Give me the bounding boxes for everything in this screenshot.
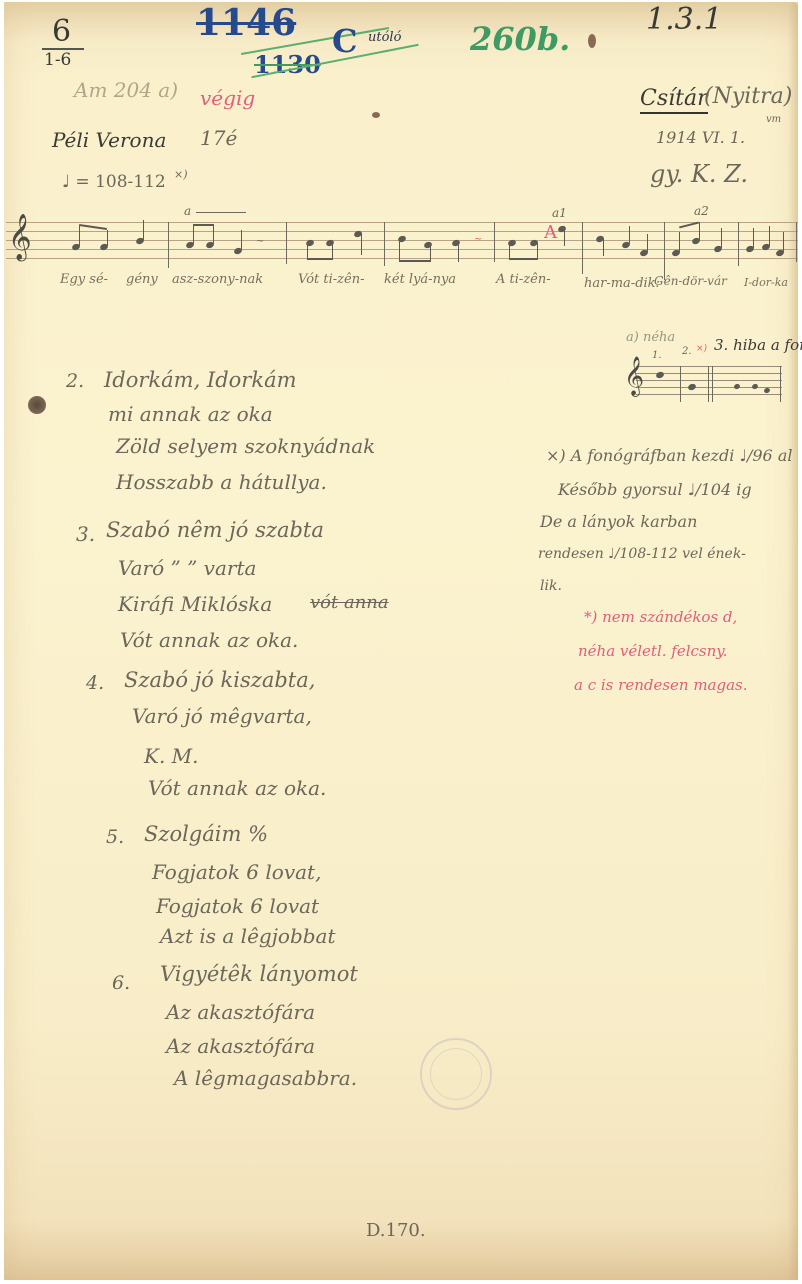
singer-age: 17é bbox=[200, 126, 237, 150]
page-edge-shadow bbox=[788, 2, 798, 1280]
note-beam bbox=[399, 260, 430, 262]
lyric-segment: Gên-dör-vár bbox=[654, 274, 727, 288]
variant-bracket bbox=[196, 212, 246, 213]
stanza-line: Szabó jó kiszabta, bbox=[124, 668, 315, 692]
stanza-number: 2. bbox=[66, 370, 84, 392]
note-stem bbox=[107, 230, 108, 246]
note-stem bbox=[603, 238, 604, 256]
crossed-number-1146: 1146 bbox=[196, 2, 296, 44]
note-beam bbox=[509, 258, 537, 260]
variant-bar-line bbox=[680, 366, 681, 402]
breath-mark-red: ~ bbox=[474, 234, 482, 245]
collector-initials: gy. K. Z. bbox=[650, 160, 748, 188]
stanza-line: Szabó nêm jó szabta bbox=[106, 518, 324, 542]
ink-stain-small bbox=[372, 112, 380, 118]
note-stem bbox=[193, 224, 194, 244]
note-stem bbox=[213, 224, 214, 244]
variant-red-mark: ×) bbox=[696, 344, 707, 354]
stanza-line: Szolgáim % bbox=[144, 822, 268, 846]
stanza-line: Varó ” ” varta bbox=[118, 556, 256, 580]
variant-a1-label: a1 bbox=[552, 206, 567, 220]
collection-date: 1914 VI. 1. bbox=[656, 128, 745, 147]
stanza-line: Fogjatok 6 lovat bbox=[156, 894, 319, 918]
note-stem bbox=[564, 228, 565, 246]
note-beam bbox=[193, 224, 213, 226]
note-beam bbox=[307, 258, 332, 260]
stanza-line: Az akasztófára bbox=[166, 1000, 315, 1024]
note-stem bbox=[753, 228, 754, 248]
village-name: Csítár bbox=[640, 86, 708, 114]
note-stem bbox=[679, 232, 680, 252]
note-stem bbox=[699, 222, 700, 240]
c-note-small: utóló bbox=[368, 30, 401, 45]
stanza-line: Hosszabb a hátullya. bbox=[116, 470, 327, 494]
red-footnote-line: *) nem szándékos d, bbox=[584, 608, 737, 626]
note-stem bbox=[332, 242, 333, 260]
stanza-line: Fogjatok 6 lovat, bbox=[152, 860, 321, 884]
variant-bar-line bbox=[780, 366, 781, 402]
variant-staff bbox=[636, 366, 782, 396]
bar-line bbox=[384, 222, 385, 266]
stanza-line: K. M. bbox=[144, 744, 199, 768]
library-stamp bbox=[420, 1038, 492, 1110]
reference-note-red: végig bbox=[200, 86, 255, 110]
stanza-line: Varó jó mêgvarta, bbox=[132, 704, 312, 728]
folio-range: 1-6 bbox=[44, 50, 71, 70]
footnote-line: rendesen ♩/108-112 vel ének- bbox=[538, 546, 746, 562]
tempo-marking: ♩ = 108-112 bbox=[62, 172, 166, 192]
bar-line bbox=[286, 222, 287, 264]
phonograph-reference: Am 204 a) bbox=[74, 78, 178, 102]
red-footnote-line: néha véletl. felcsny. bbox=[578, 642, 728, 660]
stanza-line: Vót annak az oka. bbox=[148, 776, 326, 800]
bar-line bbox=[168, 222, 169, 268]
stanza-line: Az akasztófára bbox=[166, 1034, 315, 1058]
stanza-line: mi annak az oka bbox=[108, 402, 273, 426]
footnote-line: lik. bbox=[540, 578, 562, 594]
tempo-footnote-mark: ×) bbox=[174, 168, 188, 181]
lyric-segment: asz-szony-nak bbox=[172, 272, 263, 287]
note-stem bbox=[361, 233, 362, 255]
archive-number: 1.3.1 bbox=[646, 2, 722, 37]
lyric-segment: har-ma-dik: bbox=[584, 276, 660, 291]
blue-c-mark: C bbox=[332, 22, 357, 60]
punch-hole-stain bbox=[28, 396, 46, 414]
stanza-line: Azt is a lêgjobbat bbox=[160, 924, 336, 948]
footnote-line: ×) A fonógráfban kezdi ♩/96 al bbox=[546, 446, 792, 465]
note-stem bbox=[783, 232, 784, 252]
note-stem bbox=[79, 226, 80, 246]
variant-a2-label: a2 bbox=[694, 204, 709, 218]
treble-clef-icon: 𝄞 bbox=[8, 214, 32, 260]
stanza-line: Kiráfi Miklóska bbox=[118, 592, 272, 616]
note-stem bbox=[399, 238, 400, 262]
note-stem bbox=[721, 228, 722, 248]
breath-mark: ~ bbox=[256, 236, 264, 247]
variant-number-1: 1. bbox=[652, 350, 662, 361]
county-suffix: vm bbox=[766, 114, 781, 125]
county-name: (Nyitra) bbox=[704, 84, 792, 109]
variant-bar-line bbox=[708, 366, 709, 402]
shelfmark: D.170. bbox=[366, 1220, 426, 1241]
stanza-line: Idorkám, Idorkám bbox=[104, 368, 297, 392]
stanza-line: Vót annak az oka. bbox=[120, 628, 298, 652]
lyric-segment: A ti-zên- bbox=[496, 272, 551, 287]
bar-line bbox=[796, 222, 797, 262]
stanza-line: A lêgmagasabbra. bbox=[174, 1066, 357, 1090]
stanza-number: 3. bbox=[76, 522, 95, 546]
variant-note-label: a) néha bbox=[626, 330, 675, 345]
note-stem bbox=[143, 220, 144, 240]
stanza-number: 4. bbox=[86, 672, 104, 694]
footnote-line: De a lányok karban bbox=[540, 512, 697, 531]
green-catalog-number: 260b. bbox=[470, 20, 570, 58]
bar-line bbox=[664, 222, 665, 280]
note-stem bbox=[537, 242, 538, 260]
note-stem bbox=[629, 226, 630, 244]
lyric-segment: Vót ti-zên- bbox=[298, 272, 364, 287]
note-stem bbox=[430, 244, 431, 262]
note-stem bbox=[769, 226, 770, 246]
variant-number-2: 2. bbox=[682, 346, 692, 357]
note-stem bbox=[647, 234, 648, 252]
red-footnote-line: a c is rendesen magas. bbox=[574, 676, 748, 694]
variant-number-3: 3. hiba a fon. bbox=[714, 336, 802, 354]
lyric-segment: I-dor-ka bbox=[744, 276, 788, 289]
footnote-line: Később gyorsul ♩/104 ig bbox=[558, 480, 752, 499]
red-variant-mark: A bbox=[544, 222, 557, 243]
lyric-segment: gény bbox=[126, 272, 158, 287]
stanza-number: 6. bbox=[112, 972, 130, 994]
lyric-segment: Egy sé- bbox=[60, 272, 108, 287]
bar-line bbox=[738, 222, 739, 266]
crossed-out-text: vót anna bbox=[310, 592, 389, 613]
singer-name: Péli Verona bbox=[52, 128, 166, 152]
stanza-line: Vigyétêk lányomot bbox=[160, 962, 358, 986]
bar-line bbox=[582, 222, 583, 274]
variant-a-label: a bbox=[184, 204, 191, 218]
ink-stain-top bbox=[588, 34, 596, 48]
note-stem bbox=[458, 242, 459, 262]
lyric-segment: két lyá-nya bbox=[384, 272, 456, 287]
stanza-number: 5. bbox=[106, 826, 124, 848]
variant-treble-clef-icon: 𝄞 bbox=[624, 356, 644, 396]
note-stem bbox=[241, 230, 242, 250]
variant-bar-line bbox=[712, 366, 713, 402]
bar-line bbox=[494, 222, 495, 262]
folio-number: 6 bbox=[52, 14, 71, 49]
stanza-line: Zöld selyem szoknyádnak bbox=[116, 434, 375, 458]
